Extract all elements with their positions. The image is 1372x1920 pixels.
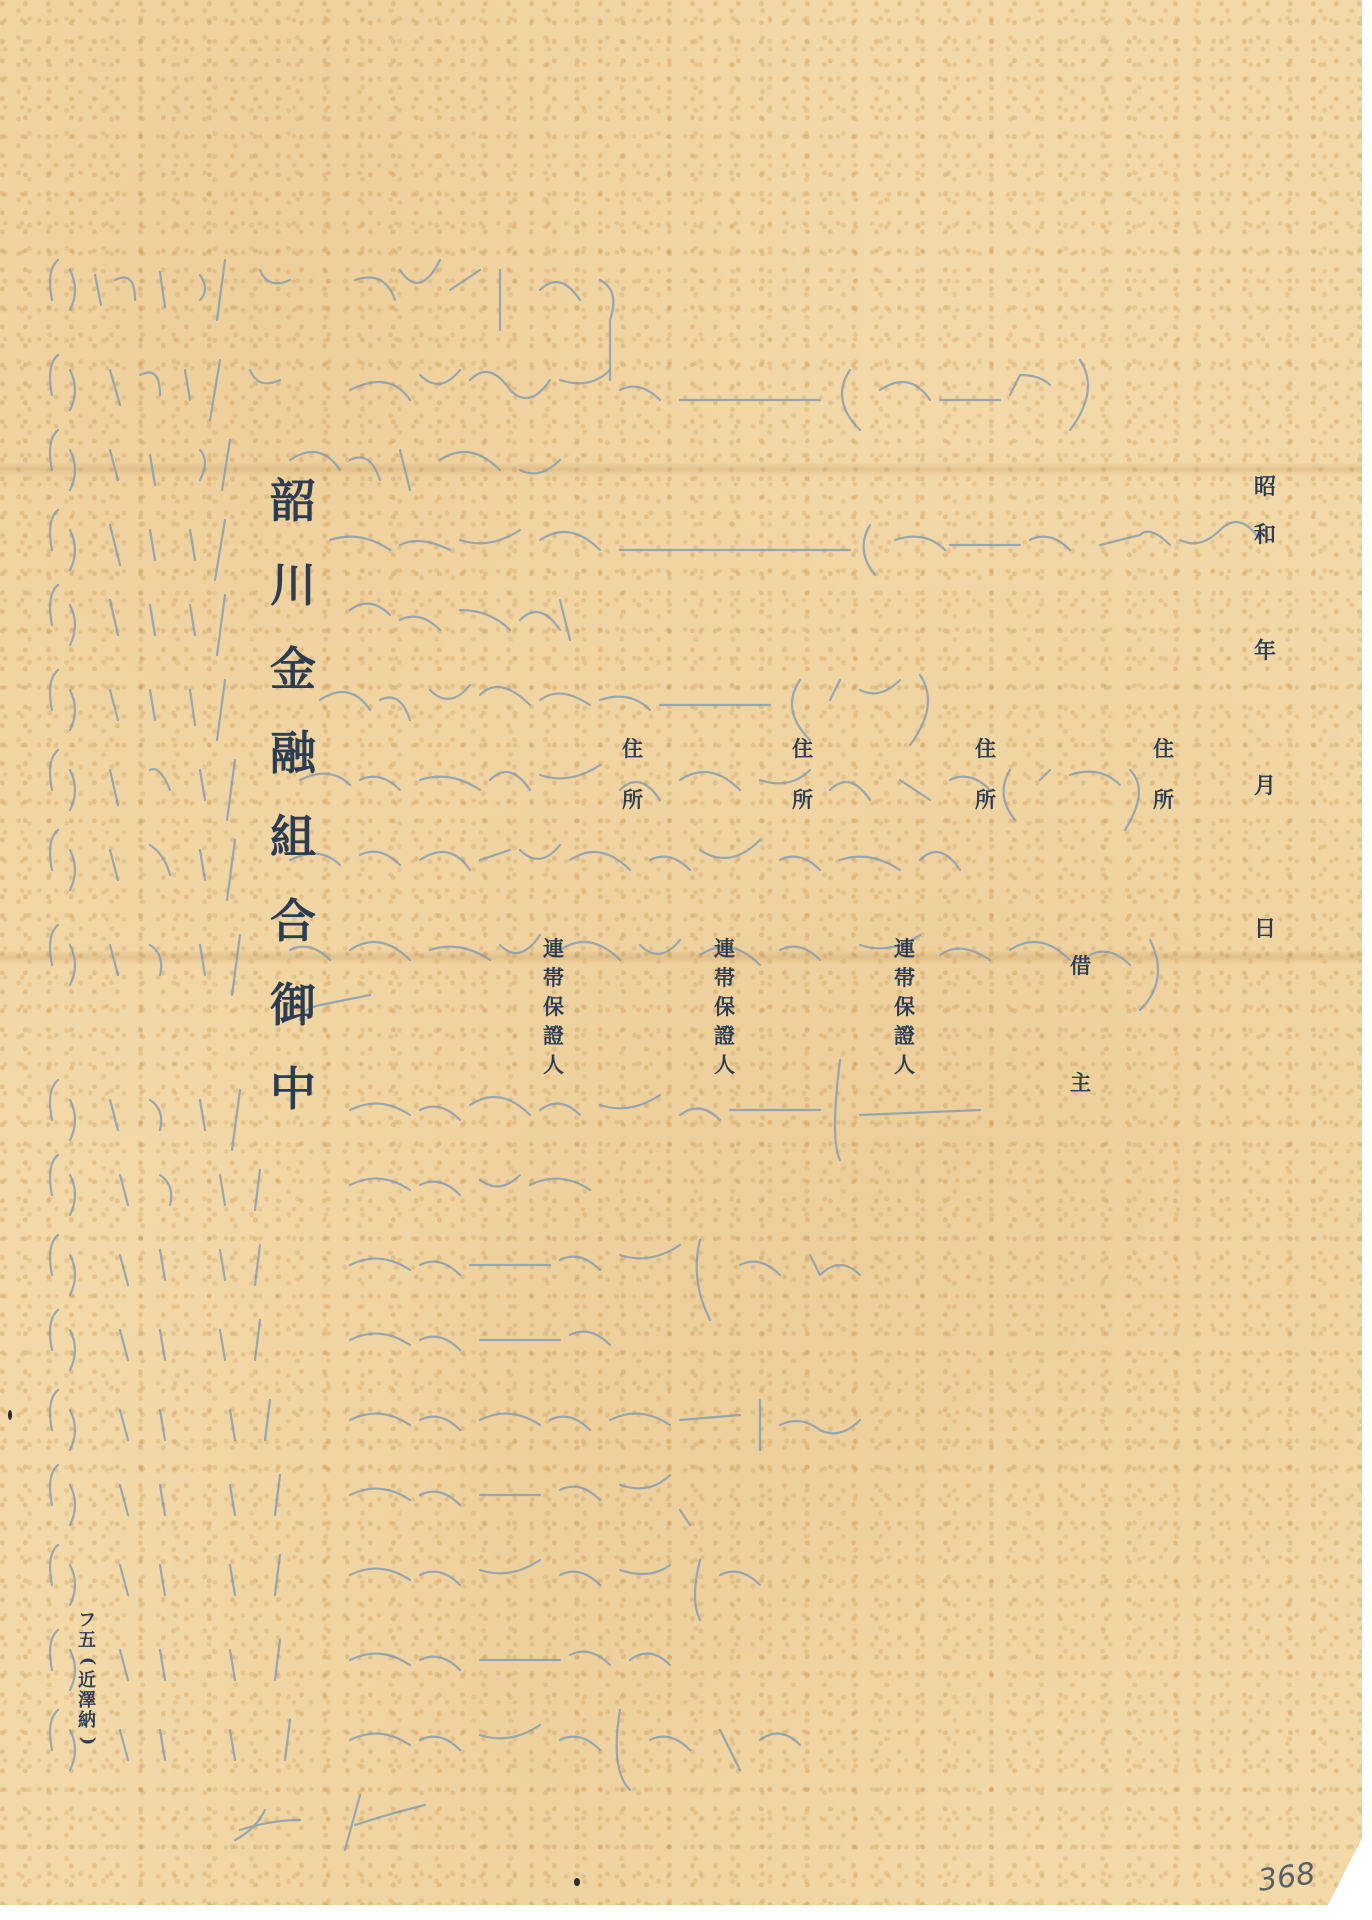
year-label: 年 bbox=[1254, 640, 1276, 662]
guarantor-label-3: 連 帯 保 證 人 bbox=[894, 938, 915, 1083]
addressee-char: 御 bbox=[270, 982, 316, 1028]
addressee-char: 金 bbox=[270, 646, 316, 692]
address-label-guarantor-2: 住 所 bbox=[792, 738, 813, 810]
address-label-guarantor-1: 住 所 bbox=[622, 738, 643, 810]
ink-speck bbox=[8, 1410, 12, 1420]
address-label-guarantor-3: 住 所 bbox=[975, 738, 996, 810]
form-code: フ 五 ( 近 澤 納 ) bbox=[78, 1612, 96, 1752]
era-char: 和 bbox=[1254, 524, 1276, 546]
addressee-char: 韶 bbox=[270, 478, 316, 524]
address-label-borrower: 住 所 bbox=[1153, 738, 1174, 810]
addressee-char: 組 bbox=[270, 814, 316, 860]
addressee-char: 融 bbox=[270, 730, 316, 776]
guarantor-label-1: 連 帯 保 證 人 bbox=[543, 938, 564, 1083]
day-label: 日 bbox=[1254, 918, 1276, 940]
addressee-char: 川 bbox=[270, 562, 316, 608]
date-line: 昭 和 年 月 日 bbox=[1254, 0, 1278, 1000]
era-char: 昭 bbox=[1254, 476, 1276, 498]
addressee-column: 韶 川 金 融 組 合 御 中 bbox=[270, 478, 316, 1150]
ink-speck bbox=[574, 1878, 580, 1886]
guarantor-label-2: 連 帯 保 證 人 bbox=[714, 938, 735, 1083]
handwriting-overlay bbox=[0, 0, 1372, 1920]
addressee-char: 中 bbox=[270, 1066, 316, 1112]
borrower-label: 借 主 bbox=[1070, 955, 1091, 1093]
month-label: 月 bbox=[1254, 775, 1276, 797]
addressee-char: 合 bbox=[270, 898, 316, 944]
